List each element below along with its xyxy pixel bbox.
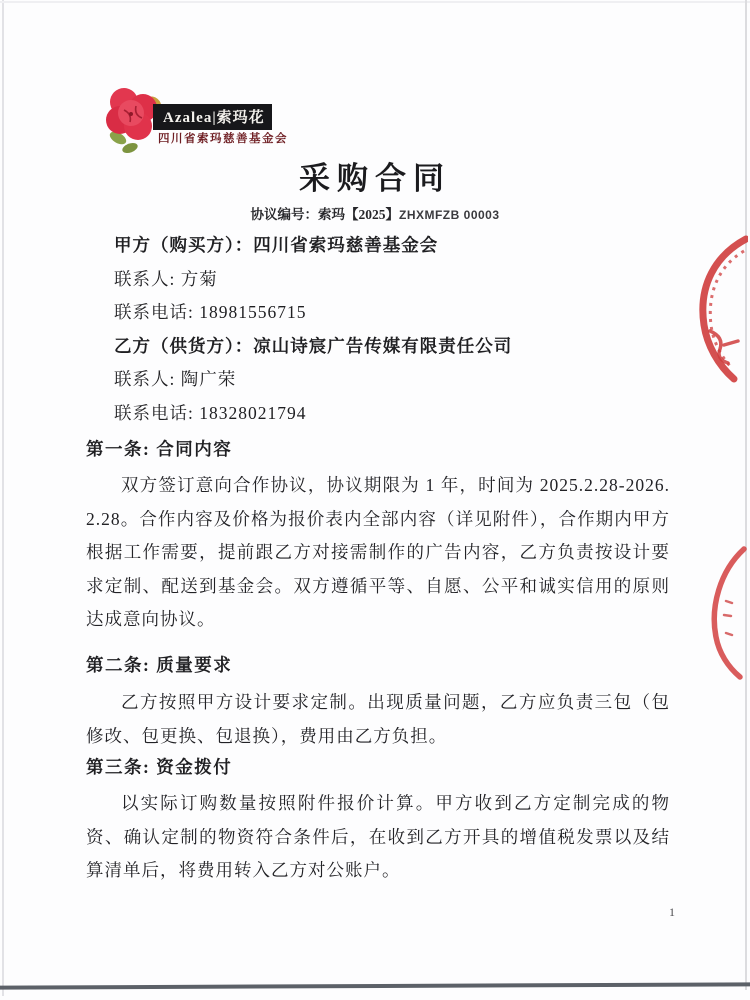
logo-brand-banner: Azalea|索玛花 xyxy=(153,104,272,130)
clause-1-heading: 第一条: 合同内容 xyxy=(86,436,232,461)
clause-2-body: 乙方按照甲方设计要求定制。出现质量问题，乙方应负责三包（包修改、包更换、包退换）… xyxy=(86,686,670,753)
clause-3-body: 以实际订购数量按照附件报价计算。甲方收到乙方定制完成的物资、确认定制的物资符合条… xyxy=(86,787,670,888)
party-b-role: 乙方（供货方）：凉山诗宸广告传媒有限责任公司 xyxy=(114,330,674,364)
clause-1-body: 双方签订意向合作协议，协议期限为 1 年，时间为 2025.2.28-2026.… xyxy=(86,469,670,637)
party-b-contact: 联系人: 陶广荣 xyxy=(114,363,674,397)
red-seal-partial-bottom-icon xyxy=(696,545,748,685)
party-a-role: 甲方（购买方）：四川省索玛慈善基金会 xyxy=(114,229,674,263)
page-edge-right xyxy=(745,0,747,990)
clause-3-heading: 第三条: 资金拨付 xyxy=(86,754,232,779)
page-number: 1 xyxy=(669,905,675,920)
foundation-logo: Azalea|索玛花 四川省索玛慈善基金会 xyxy=(100,80,260,158)
document-title: 采购合同 xyxy=(0,153,750,198)
red-seal-partial-top-icon xyxy=(690,233,748,395)
party-a-phone: 联系电话: 18981556715 xyxy=(114,296,674,330)
party-b-phone: 联系电话: 18328021794 xyxy=(114,397,674,431)
parties-block: 甲方（购买方）：四川省索玛慈善基金会 联系人: 方菊 联系电话: 1898155… xyxy=(114,229,674,430)
logo-organization-name: 四川省索玛慈善基金会 xyxy=(158,130,288,146)
agreement-number-line: 协议编号：索玛【2025】ZHXMFZB 00003 xyxy=(0,203,750,223)
clause-2-heading: 第二条: 质量要求 xyxy=(86,652,232,677)
party-a-contact: 联系人: 方菊 xyxy=(114,263,674,297)
agreement-number-label: 协议编号： xyxy=(250,207,318,222)
scanned-contract-page: Azalea|索玛花 四川省索玛慈善基金会 采购合同 协议编号：索玛【2025】… xyxy=(0,0,750,1000)
page-edge-left xyxy=(2,0,4,996)
page-edge-top xyxy=(0,1,750,3)
page-edge-bottom xyxy=(0,982,750,989)
agreement-number-code: ZHXMFZB 00003 xyxy=(399,208,500,222)
agreement-number-bold: 索玛【2025】 xyxy=(318,207,399,222)
